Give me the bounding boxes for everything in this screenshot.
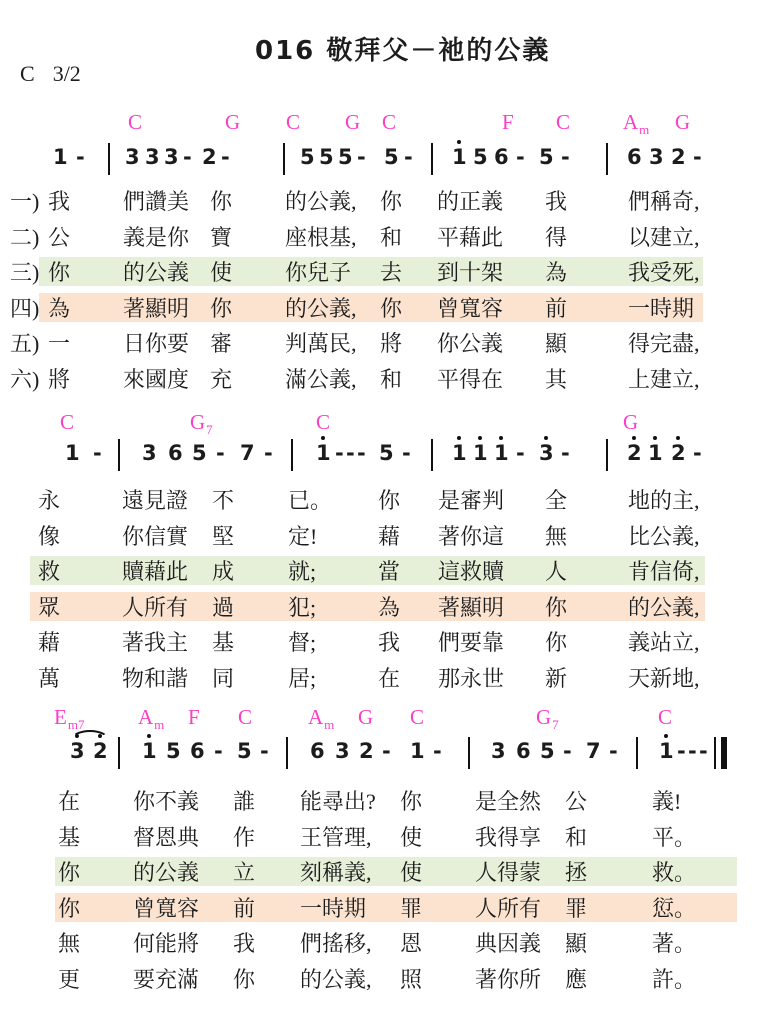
- note: -: [260, 741, 269, 762]
- lyric-cell: 們讚美: [123, 189, 189, 215]
- note: 1: [316, 443, 331, 464]
- lyric-cell: 你: [378, 488, 400, 514]
- note: 1: [659, 741, 674, 762]
- lyric-cell: 你: [545, 630, 567, 656]
- note: -: [357, 147, 366, 168]
- octave-dot: [653, 436, 657, 440]
- note: 5: [166, 741, 181, 762]
- chord-symbol: C: [556, 112, 570, 133]
- note: -: [214, 741, 223, 762]
- lyric-cell: 的公義,: [628, 595, 700, 621]
- lyric-cell: 平得在: [437, 367, 503, 393]
- note: 5: [473, 147, 488, 168]
- lyric-cell: 眾: [38, 595, 60, 621]
- lyric-cell: 藉: [378, 524, 400, 550]
- lyric-cell: 充: [210, 367, 232, 393]
- note: 1: [65, 443, 80, 464]
- note: 2: [202, 147, 217, 168]
- lyric-cell: 成: [212, 559, 234, 585]
- lyric-cell: 我: [233, 931, 255, 957]
- verse-label: 五): [10, 331, 39, 357]
- lyric-cell: 天新地,: [628, 666, 700, 692]
- lyric-cell: 在: [378, 666, 400, 692]
- note: 1: [452, 147, 467, 168]
- lyric-cell: 在: [58, 789, 80, 815]
- lyric-cell: 滿公義,: [285, 367, 357, 393]
- chord-symbol: C: [410, 707, 424, 728]
- lyric-cell: 平。: [652, 825, 696, 851]
- note: -: [93, 443, 102, 464]
- lyric-cell: 前: [545, 296, 567, 322]
- lyric-cell: 們稱奇,: [628, 189, 700, 215]
- chord-symbol: C: [238, 707, 252, 728]
- lyric-cell: 你: [58, 860, 80, 886]
- lyric-cell: 前: [233, 896, 255, 922]
- chord-symbol: Am: [308, 707, 334, 728]
- lyric-cell: 們搖移,: [300, 931, 372, 957]
- note: -: [357, 443, 366, 464]
- lyric-cell: 救: [38, 559, 60, 585]
- note: 2: [671, 443, 686, 464]
- lyric-cell: 罪: [565, 896, 587, 922]
- chord-symbol: G7: [190, 412, 213, 433]
- lyric-cell: 一時期: [628, 296, 694, 322]
- lyric-cell: 救。: [652, 860, 696, 886]
- note: 3: [145, 147, 160, 168]
- lyric-cell: 判萬民,: [285, 331, 357, 357]
- lyric-cell: 像: [38, 524, 60, 550]
- lyric-cell: 的公義: [133, 860, 199, 886]
- note: 5: [384, 147, 399, 168]
- lyric-cell: 我: [378, 630, 400, 656]
- barline: [108, 143, 110, 175]
- slur-arc: [71, 730, 109, 749]
- lyric-cell: 我: [48, 189, 70, 215]
- lyric-cell: 能尋出?: [300, 789, 376, 815]
- lyric-cell: 你: [545, 595, 567, 621]
- chord-symbol: C: [286, 112, 300, 133]
- lyric-cell: 何能將: [133, 931, 199, 957]
- verse-label: 四): [10, 296, 39, 322]
- octave-dot: [544, 436, 548, 440]
- note: -: [609, 741, 618, 762]
- note: 3: [491, 741, 506, 762]
- lyric-cell: 著。: [652, 931, 696, 957]
- note: 5: [300, 147, 315, 168]
- lyric-cell: 為: [378, 595, 400, 621]
- octave-dot: [147, 734, 151, 738]
- note: 5: [319, 147, 334, 168]
- lyric-cell: 我: [545, 189, 567, 215]
- lyric-cell: 曾寬容: [437, 296, 503, 322]
- lyric-cell: 人得蒙: [475, 860, 541, 886]
- note: 3: [539, 443, 554, 464]
- lyric-cell: 定!: [288, 524, 317, 550]
- lyric-cell: 上建立,: [628, 367, 700, 393]
- lyric-cell: 萬: [38, 666, 60, 692]
- lyric-cell: 公: [565, 789, 587, 815]
- chord-symbol: C: [382, 112, 396, 133]
- lyric-cell: 的公義,: [285, 189, 357, 215]
- hymn-sheet: 016 敬拜父－祂的公義 C3/2 CGCGCFCAmG1-333-2-555-…: [0, 0, 761, 1022]
- lyric-cell: 恩: [400, 931, 422, 957]
- note: -: [221, 147, 230, 168]
- lyric-cell: 就;: [288, 559, 316, 585]
- chord-symbol: C: [128, 112, 142, 133]
- note: 6: [190, 741, 205, 762]
- lyric-cell: 和: [380, 367, 402, 393]
- lyric-cell: 將: [48, 367, 70, 393]
- note: 6: [494, 147, 509, 168]
- note: 3: [125, 147, 140, 168]
- chord-symbol: G: [345, 112, 360, 133]
- lyric-cell: 使: [400, 860, 422, 886]
- note: 1: [452, 443, 467, 464]
- lyric-cell: 你信實: [122, 524, 188, 550]
- note: 5: [540, 741, 555, 762]
- lyric-cell: 使: [400, 825, 422, 851]
- lyric-cell: 為: [48, 296, 70, 322]
- lyric-cell: 基: [212, 630, 234, 656]
- octave-dot: [457, 140, 461, 144]
- chord-symbol: C: [658, 707, 672, 728]
- lyric-cell: 不: [212, 488, 234, 514]
- lyric-cell: 更: [58, 967, 80, 993]
- lyric-cell: 為: [545, 260, 567, 286]
- note: 6: [310, 741, 325, 762]
- lyric-cell: 贖藉此: [122, 559, 188, 585]
- lyric-cell: 督;: [288, 630, 316, 656]
- lyric-cell: 著顯明: [123, 296, 189, 322]
- lyric-cell: 過: [212, 595, 234, 621]
- note: 2: [359, 741, 374, 762]
- chord-symbol: Am: [623, 112, 649, 133]
- lyric-cell: 人所有: [122, 595, 188, 621]
- chord-subscript: 7: [206, 422, 213, 437]
- octave-dot: [664, 734, 668, 738]
- barline: [636, 737, 638, 769]
- chord-symbol: F: [188, 707, 200, 728]
- lyric-cell: 罪: [400, 896, 422, 922]
- lyric-cell: 你: [48, 260, 70, 286]
- lyric-cell: 的公義,: [285, 296, 357, 322]
- barline: [118, 439, 120, 471]
- lyric-cell: 去: [380, 260, 402, 286]
- lyric-cell: 日你要: [123, 331, 189, 357]
- note: -: [335, 443, 344, 464]
- lyric-cell: 著你所: [475, 967, 541, 993]
- note: 3: [335, 741, 350, 762]
- lyric-cell: 義站立,: [628, 630, 700, 656]
- lyric-cell: 王管理,: [300, 825, 372, 851]
- note: -: [76, 147, 85, 168]
- barline: [431, 439, 433, 471]
- lyric-cell: 的正義: [437, 189, 503, 215]
- chord-symbol: C: [60, 412, 74, 433]
- note: -: [677, 741, 686, 762]
- lyric-cell: 義是你: [123, 225, 189, 251]
- lyric-cell: 立: [233, 860, 255, 886]
- lyric-cell: 著我主: [122, 630, 188, 656]
- lyric-cell: 地的主,: [628, 488, 700, 514]
- note: -: [563, 741, 572, 762]
- lyric-cell: 人: [545, 559, 567, 585]
- lyric-cell: 藉: [38, 630, 60, 656]
- lyric-cell: 你: [210, 189, 232, 215]
- lyric-cell: 堅: [212, 524, 234, 550]
- barline: [283, 143, 285, 175]
- note: -: [561, 443, 570, 464]
- note: -: [516, 147, 525, 168]
- lyric-cell: 顯: [565, 931, 587, 957]
- note: -: [693, 443, 702, 464]
- lyric-cell: 那永世: [438, 666, 504, 692]
- note: -: [688, 741, 697, 762]
- chord-symbol: G: [623, 412, 638, 433]
- lyric-cell: 以建立,: [628, 225, 700, 251]
- lyric-cell: 公: [48, 225, 70, 251]
- chord-symbol: Em7: [54, 707, 84, 728]
- lyric-cell: 著顯明: [438, 595, 504, 621]
- lyric-cell: 誰: [233, 789, 255, 815]
- barline: [606, 143, 608, 175]
- note: -: [382, 741, 391, 762]
- note: -: [699, 741, 708, 762]
- lyric-cell: 你不義: [133, 789, 199, 815]
- note: 5: [379, 443, 394, 464]
- lyric-cell: 是全然: [475, 789, 541, 815]
- lyric-cell: 是審判: [438, 488, 504, 514]
- note: 7: [586, 741, 601, 762]
- lyric-cell: 永: [38, 488, 60, 514]
- chord-symbol: G: [675, 112, 690, 133]
- lyric-cell: 來國度: [123, 367, 189, 393]
- lyric-cell: 你: [210, 296, 232, 322]
- lyric-cell: 將: [380, 331, 402, 357]
- chord-subscript: m: [324, 717, 334, 732]
- lyric-cell: 得: [545, 225, 567, 251]
- note: -: [264, 443, 273, 464]
- note: 5: [338, 147, 353, 168]
- note: 3: [649, 147, 664, 168]
- lyric-cell: 你公義: [437, 331, 503, 357]
- chord-symbol: G: [358, 707, 373, 728]
- lyric-cell: 曾寬容: [133, 896, 199, 922]
- lyric-cell: 人所有: [475, 896, 541, 922]
- lyric-cell: 當: [378, 559, 400, 585]
- lyric-cell: 遠見證: [122, 488, 188, 514]
- lyric-cell: 平藉此: [437, 225, 503, 251]
- note: 2: [671, 147, 686, 168]
- note: -: [346, 443, 355, 464]
- lyric-cell: 審: [210, 331, 232, 357]
- chord-symbol: F: [502, 112, 514, 133]
- note: 1: [410, 741, 425, 762]
- barline: [431, 143, 433, 175]
- lyric-cell: 你: [58, 896, 80, 922]
- verse-label: 六): [10, 367, 39, 393]
- final-barline: [714, 737, 727, 769]
- note: 1: [494, 443, 509, 464]
- lyric-cell: 督恩典: [133, 825, 199, 851]
- lyric-cell: 其: [545, 367, 567, 393]
- note: 5: [539, 147, 554, 168]
- lyric-cell: 物和諧: [122, 666, 188, 692]
- barline: [606, 439, 608, 471]
- lyric-cell: 你兒子: [285, 260, 351, 286]
- note: -: [561, 147, 570, 168]
- note: -: [404, 147, 413, 168]
- note: 7: [240, 443, 255, 464]
- lyric-cell: 新: [545, 666, 567, 692]
- chord-symbol: G7: [536, 707, 559, 728]
- lyric-cell: 你: [380, 189, 402, 215]
- barline: [118, 737, 120, 769]
- lyric-cell: 照: [400, 967, 422, 993]
- barline: [291, 439, 293, 471]
- note: 3: [164, 147, 179, 168]
- barline: [468, 737, 470, 769]
- note: 1: [53, 147, 68, 168]
- octave-dot: [499, 436, 503, 440]
- lyric-cell: 一: [48, 331, 70, 357]
- note: 5: [237, 741, 252, 762]
- lyric-cell: 寶: [210, 225, 232, 251]
- lyric-cell: 肯信倚,: [628, 559, 700, 585]
- lyric-cell: 居;: [288, 666, 316, 692]
- octave-dot: [478, 436, 482, 440]
- lyric-cell: 到十架: [437, 260, 503, 286]
- note: 2: [627, 443, 642, 464]
- note: 6: [627, 147, 642, 168]
- lyric-cell: 使: [210, 260, 232, 286]
- note: 1: [648, 443, 663, 464]
- lyric-cell: 我得享: [475, 825, 541, 851]
- lyric-cell: 全: [545, 488, 567, 514]
- lyric-cell: 著你這: [438, 524, 504, 550]
- lyric-cell: 座根基,: [285, 225, 357, 251]
- note: -: [433, 741, 442, 762]
- chord-symbol: G: [225, 112, 240, 133]
- lyric-cell: 和: [565, 825, 587, 851]
- lyric-cell: 應: [565, 967, 587, 993]
- chord-symbol: C: [316, 412, 330, 433]
- note: -: [402, 443, 411, 464]
- chord-symbol: Am: [138, 707, 164, 728]
- note: 5: [192, 443, 207, 464]
- note: -: [183, 147, 192, 168]
- lyric-cell: 們要靠: [438, 630, 504, 656]
- note: 1: [473, 443, 488, 464]
- lyric-cell: 基: [58, 825, 80, 851]
- lyric-cell: 無: [58, 931, 80, 957]
- lyric-cell: 同: [212, 666, 234, 692]
- score: CGCGCFCAmG1-333-2-555-5-156-5-632-一)我們讚美…: [0, 0, 761, 1022]
- lyric-cell: 的公義: [123, 260, 189, 286]
- note: -: [516, 443, 525, 464]
- octave-dot: [457, 436, 461, 440]
- lyric-cell: 典因義: [475, 931, 541, 957]
- octave-dot: [676, 436, 680, 440]
- note: 1: [142, 741, 157, 762]
- note: 3: [142, 443, 157, 464]
- verse-label: 三): [10, 260, 39, 286]
- lyric-cell: 比公義,: [628, 524, 700, 550]
- lyric-cell: 刻稱義,: [300, 860, 372, 886]
- chord-subscript: m: [154, 717, 164, 732]
- note: 6: [516, 741, 531, 762]
- octave-dot: [321, 436, 325, 440]
- barline: [286, 737, 288, 769]
- verse-label: 一): [10, 189, 39, 215]
- lyric-cell: 愆。: [652, 896, 696, 922]
- lyric-cell: 你: [233, 967, 255, 993]
- lyric-cell: 一時期: [300, 896, 366, 922]
- lyric-cell: 和: [380, 225, 402, 251]
- note: 6: [168, 443, 183, 464]
- lyric-cell: 已。: [288, 488, 332, 514]
- chord-subscript: 7: [552, 717, 559, 732]
- note: -: [693, 147, 702, 168]
- octave-dot: [632, 436, 636, 440]
- lyric-cell: 你: [380, 296, 402, 322]
- lyric-cell: 這救贖: [438, 559, 504, 585]
- lyric-cell: 的公義,: [300, 967, 372, 993]
- lyric-cell: 拯: [565, 860, 587, 886]
- chord-subscript: m: [639, 122, 649, 137]
- note: -: [216, 443, 225, 464]
- lyric-cell: 得完盡,: [628, 331, 700, 357]
- lyric-cell: 你: [400, 789, 422, 815]
- lyric-cell: 作: [233, 825, 255, 851]
- verse-label: 二): [10, 225, 39, 251]
- lyric-cell: 顯: [545, 331, 567, 357]
- lyric-cell: 無: [545, 524, 567, 550]
- lyric-cell: 犯;: [288, 595, 316, 621]
- lyric-cell: 要充滿: [133, 967, 199, 993]
- lyric-cell: 我受死,: [628, 260, 700, 286]
- lyric-cell: 許。: [652, 967, 696, 993]
- lyric-cell: 義!: [652, 789, 681, 815]
